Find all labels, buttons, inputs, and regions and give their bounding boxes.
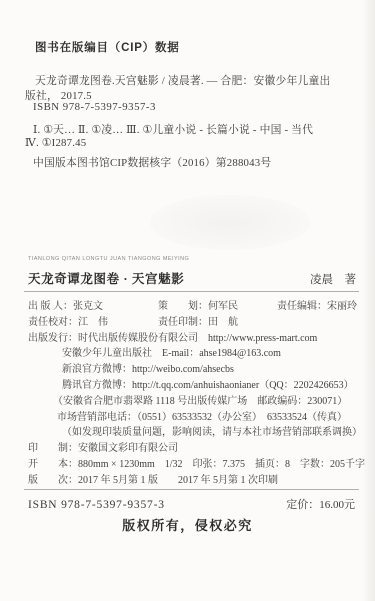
- publisher-email-line: 安徽少年儿童出版社 E-mail：ahse1984@163.com: [28, 346, 361, 362]
- isbn-number: ISBN 978-7-5397-9357-3: [28, 499, 165, 511]
- cip-isbn: ISBN 978-7-5397-9357-3: [33, 101, 156, 113]
- title-pinyin: TIANLONG QITAN LONGTU JUAN TIANGONG MEIY…: [28, 256, 189, 262]
- responsible-editor: 责任编辑：宋丽玲: [277, 299, 361, 315]
- edition-line: 版 次：2017 年 5月第 1 版 2017 年 5月第 1 次印刷: [28, 473, 361, 489]
- price: 定价：16.00元: [286, 496, 355, 512]
- scan-smudge: [150, 195, 310, 250]
- address-line: （安徽省合肥市翡翠路 1118 号出版传媒广场 邮政编码：230071）: [28, 394, 361, 410]
- cip-header: 图书在版编目（CIP）数据: [35, 39, 180, 55]
- planner: 策 划：何军民: [158, 299, 277, 315]
- proofreader: 责任校对：江 伟: [28, 315, 158, 331]
- isbn-divider: [24, 489, 359, 490]
- isbn-price-row: ISBN 978-7-5397-9357-3 定价：16.00元: [28, 496, 355, 512]
- title-divider: [24, 291, 359, 292]
- colophon-block: 出 版 人：张克文 策 划：何军民 责任编辑：宋丽玲 责任校对：江 伟 责任印制…: [28, 299, 361, 489]
- publishing-house-line: 出版发行：时代出版传媒股份有限公司 http://www.press-mart.…: [28, 331, 361, 347]
- quality-notice-line: （如发现印装质量问题，影响阅读，请与本社市场营销部联系调换）: [28, 425, 361, 441]
- cip-bib-line-1: 天龙奇谭龙图卷.天宫魅影 / 凌晨著. — 合肥：安徽少年儿童出: [35, 73, 331, 88]
- cip-classification-1: Ⅰ. ①天… Ⅱ. ①凌… Ⅲ. ①儿童小说 - 长篇小说 - 中国 - 当代: [33, 122, 313, 137]
- title-band: 天龙奇谭龙图卷 · 天宫魅影 凌晨 著: [28, 269, 356, 287]
- book-title: 天龙奇谭龙图卷 · 天宫魅影: [28, 269, 184, 287]
- sina-weibo-line: 新浪官方微博：http://weibo.com/ahsecbs: [28, 362, 361, 378]
- book-author: 凌晨 著: [310, 271, 356, 287]
- scan-edge-shadow: [362, 0, 375, 601]
- cip-record-number: 中国版本图书馆CIP数据核字（2016）第288043号: [33, 155, 271, 170]
- staff-row-2: 责任校对：江 伟 责任印制：田 航: [28, 315, 361, 331]
- format-line: 开 本：880mm × 1230mm 1/32 印张：7.375 插页：8 字数…: [28, 457, 361, 473]
- staff-row-1: 出 版 人：张克文 策 划：何军民 责任编辑：宋丽玲: [28, 299, 361, 315]
- printer-line: 印 制：安徽国文彩印有限公司: [28, 441, 361, 457]
- print-supervisor: 责任印制：田 航: [158, 315, 277, 331]
- tencent-weibo-line: 腾讯官方微博：http://t.qq.com/anhuishaonianer（Q…: [28, 378, 361, 394]
- book-copyright-page: 图书在版编目（CIP）数据 天龙奇谭龙图卷.天宫魅影 / 凌晨著. — 合肥：安…: [0, 0, 375, 601]
- publisher-person: 出 版 人：张克文: [28, 299, 158, 315]
- copyright-notice: 版权所有，侵权必究: [0, 515, 375, 534]
- marketing-phone-line: 市场营销部电话：（0551）63533532（办公室） 63533524（传真）: [28, 410, 361, 426]
- cip-classification-2: Ⅳ. ①I287.45: [25, 136, 86, 149]
